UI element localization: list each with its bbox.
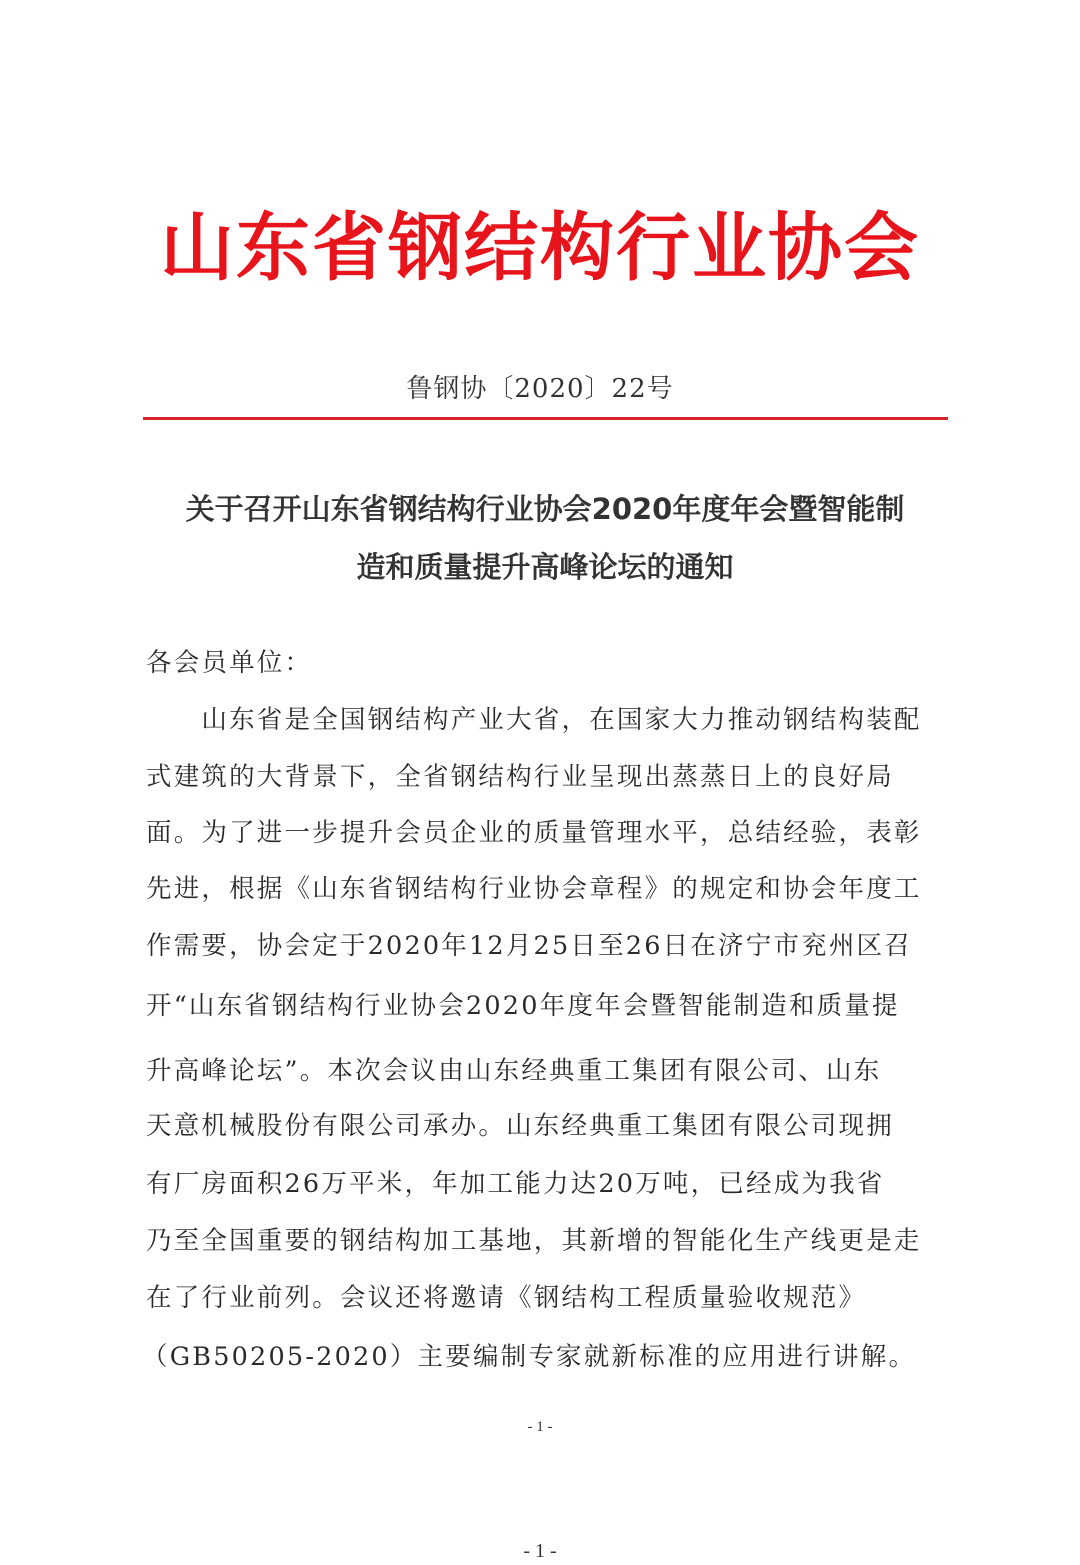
body-line: 山东省是全国钢结构产业大省，在国家大力推动钢结构装配 <box>146 700 922 736</box>
page-number-outer: - 1 - <box>0 1540 1080 1563</box>
body-line: 天意机械股份有限公司承办。山东经典重工集团有限公司现拥 <box>146 1106 894 1142</box>
notice-title: 关于召开山东省钢结构行业协会2020年度年会暨智能制 造和质量提升高峰论坛的通知 <box>140 480 950 596</box>
notice-title-line-1: 关于召开山东省钢结构行业协会2020年度年会暨智能制 <box>140 480 950 538</box>
notice-title-line-2: 造和质量提升高峰论坛的通知 <box>140 538 950 596</box>
red-divider-rule <box>143 417 948 420</box>
body-line: 作需要，协会定于2020年12月25日至26日在济宁市兖州区召 <box>146 926 912 962</box>
body-line: 在了行业前列。会议还将邀请《钢结构工程质量验收规范》 <box>146 1278 866 1314</box>
body-line: 乃至全国重要的钢结构加工基地，其新增的智能化生产线更是走 <box>146 1221 922 1257</box>
body-line: （GB50205-2020）主要编制专家就新标准的应用进行讲解。 <box>142 1337 916 1373</box>
organization-masthead: 山东省钢结构行业协会 <box>0 198 1080 298</box>
document-number: 鲁钢协〔2020〕22号 <box>0 368 1080 405</box>
body-line: 式建筑的大背景下，全省钢结构行业呈现出蒸蒸日上的良好局 <box>146 757 894 793</box>
body-line: 先进，根据《山东省钢结构行业协会章程》的规定和协会年度工 <box>146 869 922 905</box>
body-line: 开“山东省钢结构行业协会2020年度年会暨智能制造和质量提 <box>146 986 900 1022</box>
page-number-inner: - 1 - <box>0 1419 1080 1436</box>
body-line: 有厂房面积26万平米，年加工能力达20万吨，已经成为我省 <box>146 1164 885 1200</box>
body-line: 面。为了进一步提升会员企业的质量管理水平，总结经验，表彰 <box>146 813 922 849</box>
body-line: 升高峰论坛”。本次会议由山东经典重工集团有限公司、山东 <box>146 1051 881 1087</box>
salutation: 各会员单位： <box>146 643 312 679</box>
